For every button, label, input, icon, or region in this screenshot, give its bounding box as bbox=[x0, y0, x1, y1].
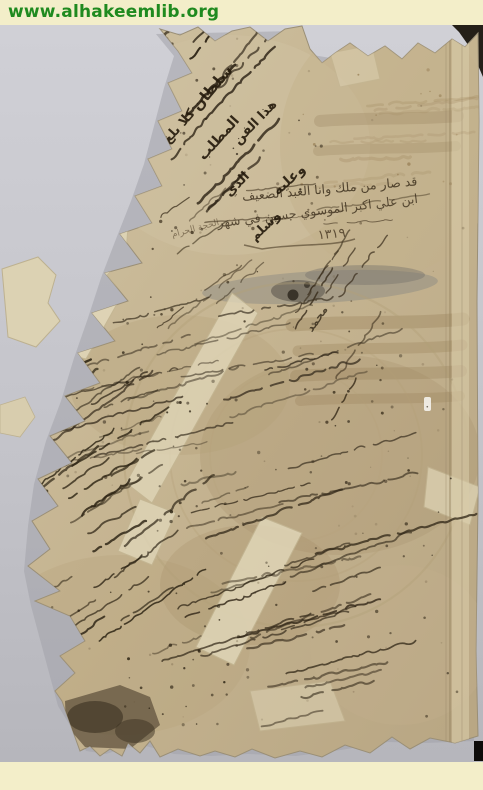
spine-dark-bottom-right bbox=[474, 741, 483, 761]
page-fold-edge bbox=[446, 25, 469, 762]
site-header: www.alhakeemlib.org bbox=[0, 0, 483, 25]
footer-band bbox=[0, 762, 483, 790]
manuscript-page-image: قد صار من ملك وانا العبد الضعيف ابن علي … bbox=[0, 25, 483, 762]
ownership-note-date: ١٣١٩ bbox=[317, 226, 346, 243]
manuscript-photo: قد صار من ملك وانا العبد الضعيف ابن علي … bbox=[0, 25, 483, 762]
site-url-text: www.alhakeemlib.org bbox=[0, 0, 219, 25]
